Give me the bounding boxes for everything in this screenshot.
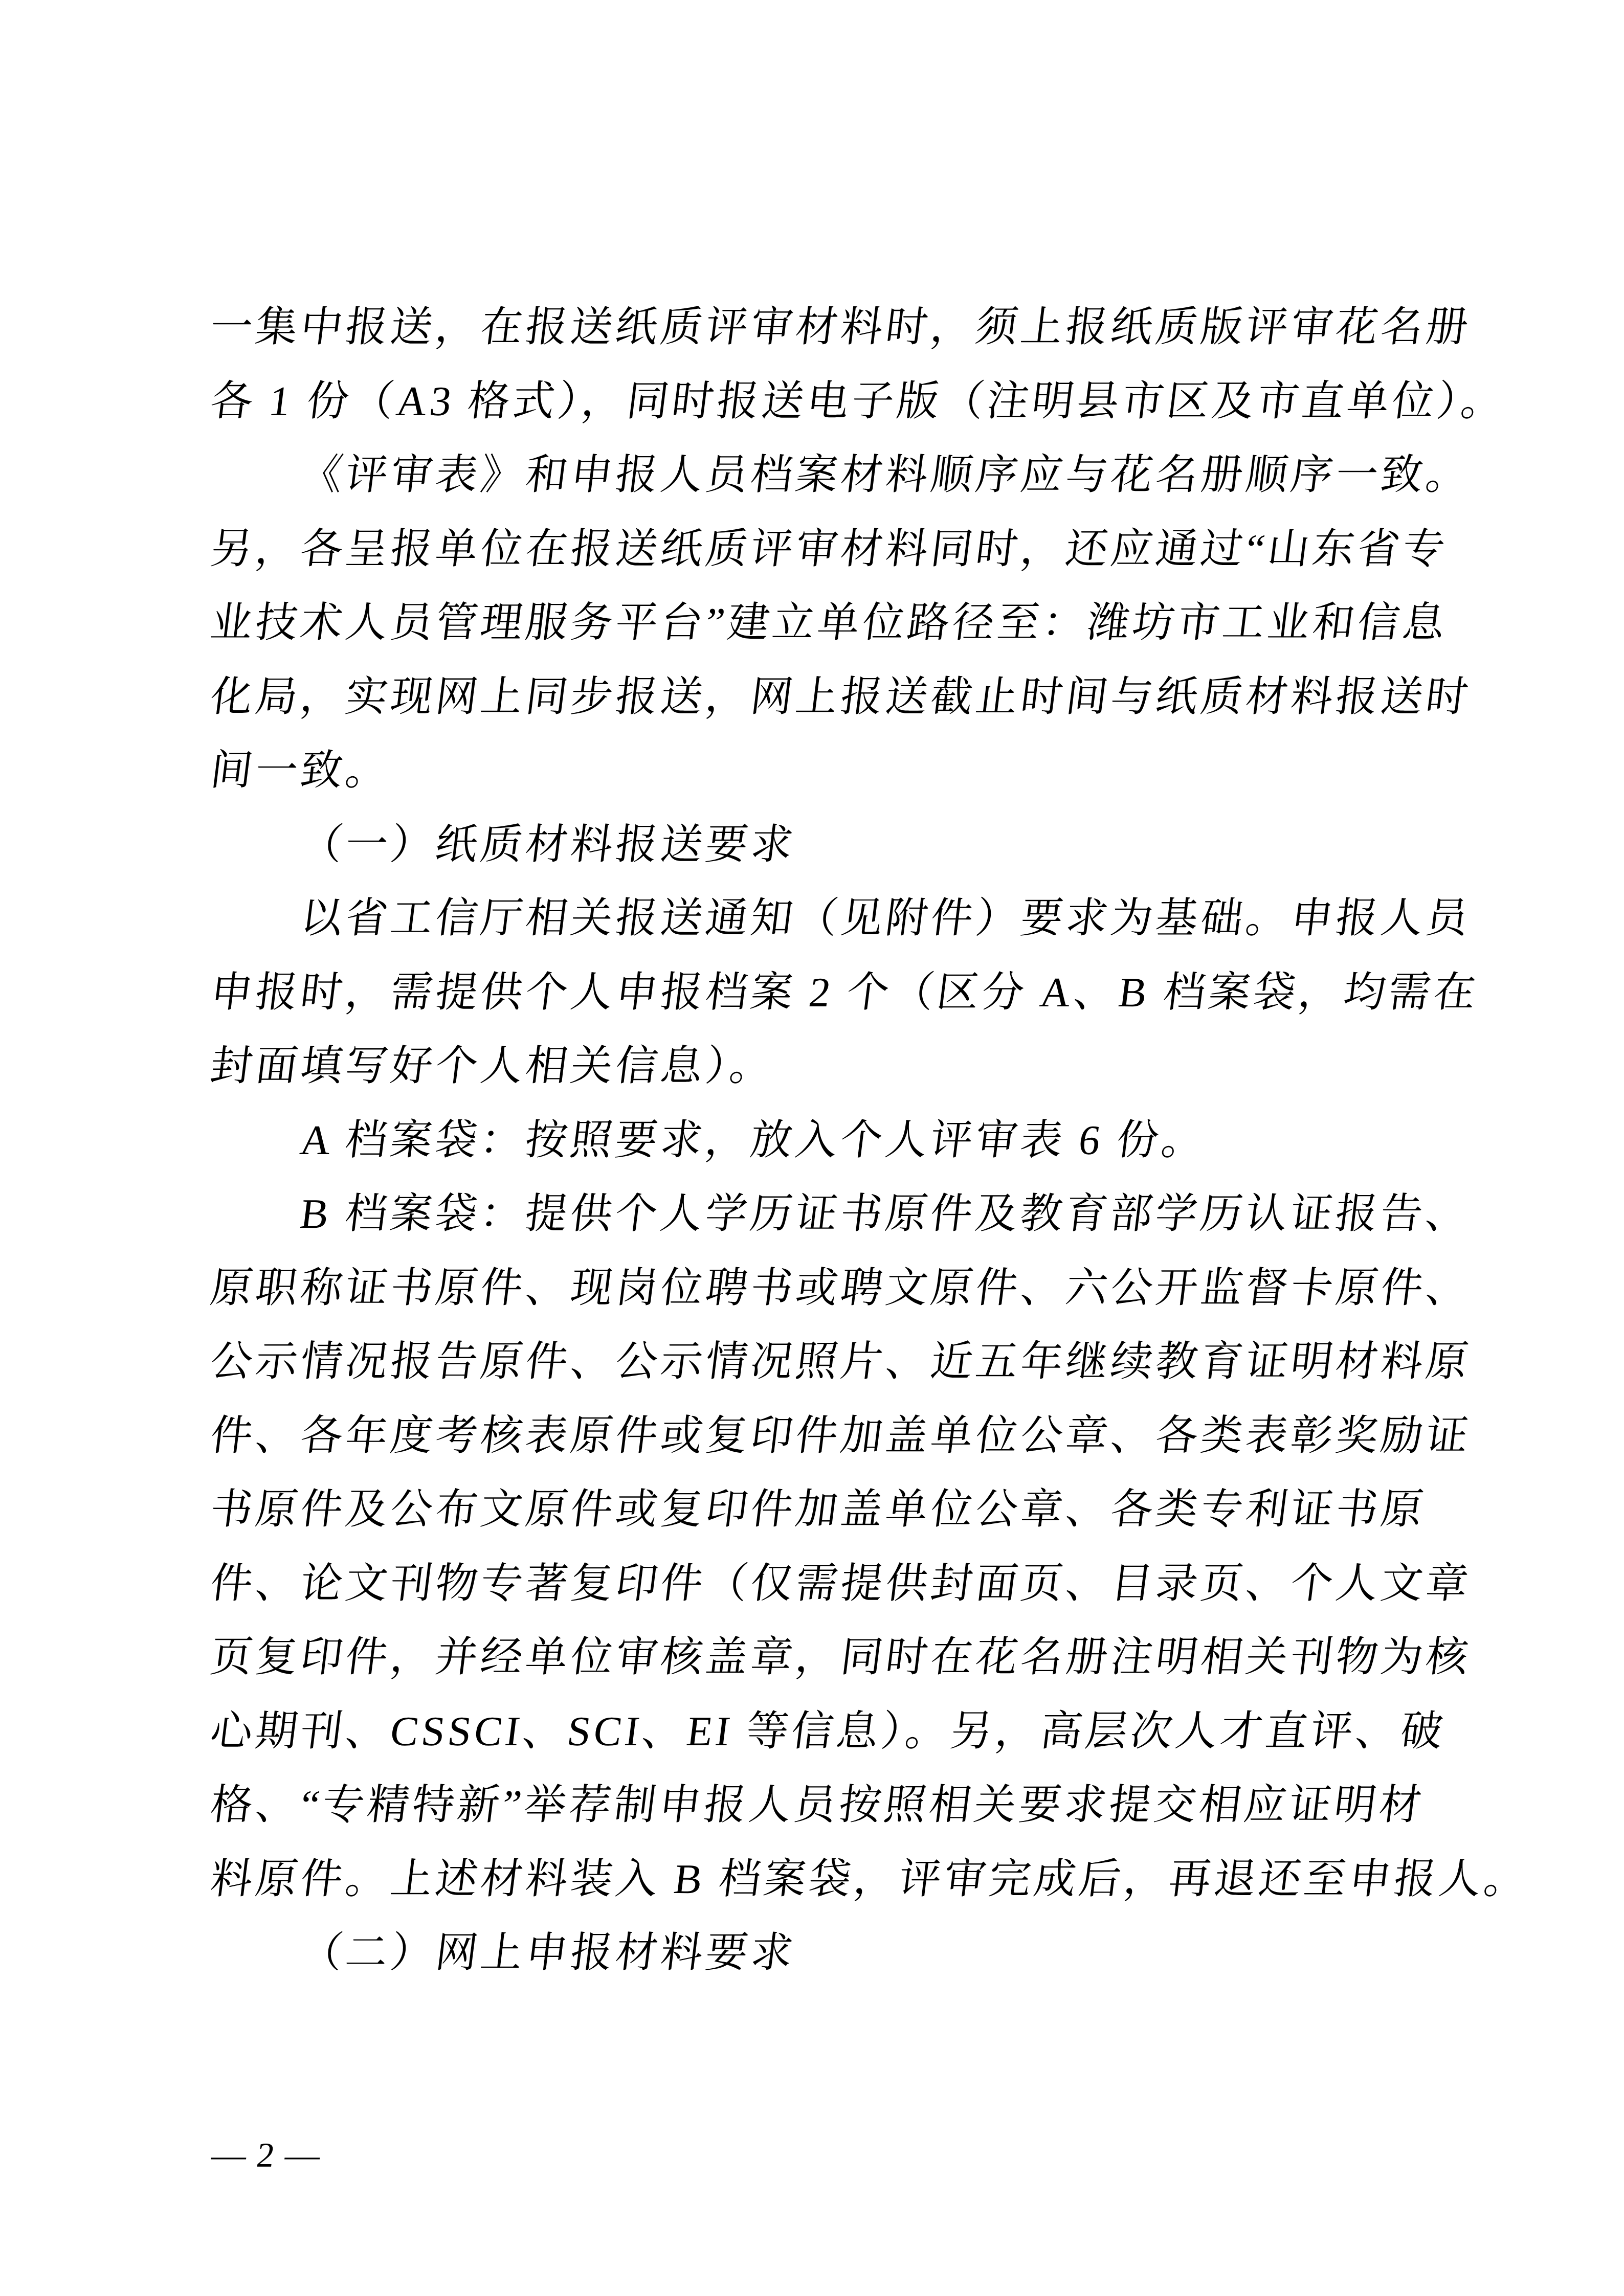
text-line-7-text: 间一致。 [206,734,395,808]
text-line-4: 另，各呈报单位在报送纸质评审材料同时，还应通过“山东省专 [210,512,1519,587]
text-line-23: （二）网上申报材料要求 [210,1916,1519,1990]
text-line-5-text: 业技术人员管理服务平台”建立单位路径至：潍坊市工业和信息 [206,586,1452,660]
text-line-4-text: 另，各呈报单位在报送纸质评审材料同时，还应通过“山东省专 [206,512,1452,587]
text-line-8-text: （一）纸质材料报送要求 [296,808,800,882]
document-page: 一集中报送，在报送纸质评审材料时，须上报纸质版评审花名册 各 1 份（A3 格式… [0,0,1624,2296]
text-line-18: 件、论文刊物专著复印件（仅需提供封面页、目录页、个人文章 [210,1547,1519,1621]
text-line-20: 心期刊、CSSCI、SCI、EI 等信息）。另，高层次人才直评、破 [210,1695,1519,1769]
text-line-19: 页复印件，并经单位审核盖章，同时在花名册注明相关刊物为核 [210,1620,1519,1695]
text-line-8: （一）纸质材料报送要求 [210,808,1519,882]
text-line-10-text: 申报时，需提供个人申报档案 2 个（区分 A、B 档案袋，均需在 [206,956,1483,1030]
text-line-15: 公示情况报告原件、公示情况照片、近五年继续教育证明材料原 [210,1325,1519,1399]
text-line-11-text: 封面填写好个人相关信息）。 [206,1029,780,1104]
text-line-11: 封面填写好个人相关信息）。 [210,1029,1519,1104]
text-line-5: 业技术人员管理服务平台”建立单位路径至：潍坊市工业和信息 [210,586,1519,660]
text-line-16: 件、各年度考核表原件或复印件加盖单位公章、各类表彰奖励证 [210,1399,1519,1473]
text-line-19-text: 页复印件，并经单位审核盖章，同时在花名册注明相关刊物为核 [206,1620,1476,1695]
text-line-22: 料原件。上述材料装入 B 档案袋，评审完成后，再退还至申报人。 [210,1842,1519,1917]
text-line-6: 化局，实现网上同步报送，网上报送截止时间与纸质材料报送时 [210,660,1519,734]
text-line-2: 各 1 份（A3 格式），同时报送电子版（注明县市区及市直单位）。 [210,365,1519,439]
text-line-3: 《评审表》和申报人员档案材料顺序应与花名册顺序一致。 [210,438,1519,512]
text-line-1-text: 一集中报送，在报送纸质评审材料时，须上报纸质版评审花名册 [206,290,1476,365]
text-line-14-text: 原职称证书原件、现岗位聘书或聘文原件、六公开监督卡原件、 [206,1251,1476,1325]
text-line-9: 以省工信厅相关报送通知（见附件）要求为基础。申报人员 [210,882,1519,956]
page-number: — 2 — [211,2120,320,2190]
text-line-6-text: 化局，实现网上同步报送，网上报送截止时间与纸质材料报送时 [206,660,1476,734]
text-line-23-text: （二）网上申报材料要求 [296,1916,800,1990]
text-line-21-text: 格、“专精特新”举荐制申报人员按照相关要求提交相应证明材 [206,1768,1429,1842]
document-body: 一集中报送，在报送纸质评审材料时，须上报纸质版评审花名册 各 1 份（A3 格式… [210,290,1519,1990]
text-line-7: 间一致。 [210,734,1519,808]
text-line-10: 申报时，需提供个人申报档案 2 个（区分 A、B 档案袋，均需在 [210,956,1519,1030]
text-line-13: B 档案袋：提供个人学历证书原件及教育部学历认证报告、 [210,1177,1519,1251]
text-line-12-text: A 档案袋：按照要求，放入个人评审表 6 份。 [296,1104,1211,1178]
text-line-13-text: B 档案袋：提供个人学历证书原件及教育部学历认证报告、 [296,1177,1475,1251]
text-line-12: A 档案袋：按照要求，放入个人评审表 6 份。 [210,1104,1519,1178]
text-line-20-text: 心期刊、CSSCI、SCI、EI 等信息）。另，高层次人才直评、破 [206,1695,1450,1769]
text-line-16-text: 件、各年度考核表原件或复印件加盖单位公章、各类表彰奖励证 [206,1399,1476,1473]
text-line-15-text: 公示情况报告原件、公示情况照片、近五年继续教育证明材料原 [206,1325,1476,1399]
text-line-1: 一集中报送，在报送纸质评审材料时，须上报纸质版评审花名册 [210,290,1519,365]
text-line-3-text: 《评审表》和申报人员档案材料顺序应与花名册顺序一致。 [296,438,1476,512]
text-line-17-text: 书原件及公布文原件或复印件加盖单位公章、各类专利证书原 [206,1473,1431,1547]
text-line-14: 原职称证书原件、现岗位聘书或聘文原件、六公开监督卡原件、 [210,1251,1519,1325]
text-line-22-text: 料原件。上述材料装入 B 档案袋，评审完成后，再退还至申报人。 [206,1842,1533,1917]
text-line-18-text: 件、论文刊物专著复印件（仅需提供封面页、目录页、个人文章 [206,1547,1476,1621]
text-line-21: 格、“专精特新”举荐制申报人员按照相关要求提交相应证明材 [210,1768,1519,1842]
text-line-17: 书原件及公布文原件或复印件加盖单位公章、各类专利证书原 [210,1473,1519,1547]
page-number-text: — 2 — [207,2120,325,2190]
text-line-9-text: 以省工信厅相关报送通知（见附件）要求为基础。申报人员 [296,882,1476,956]
text-line-2-text: 各 1 份（A3 格式），同时报送电子版（注明县市区及市直单位）。 [206,365,1510,439]
